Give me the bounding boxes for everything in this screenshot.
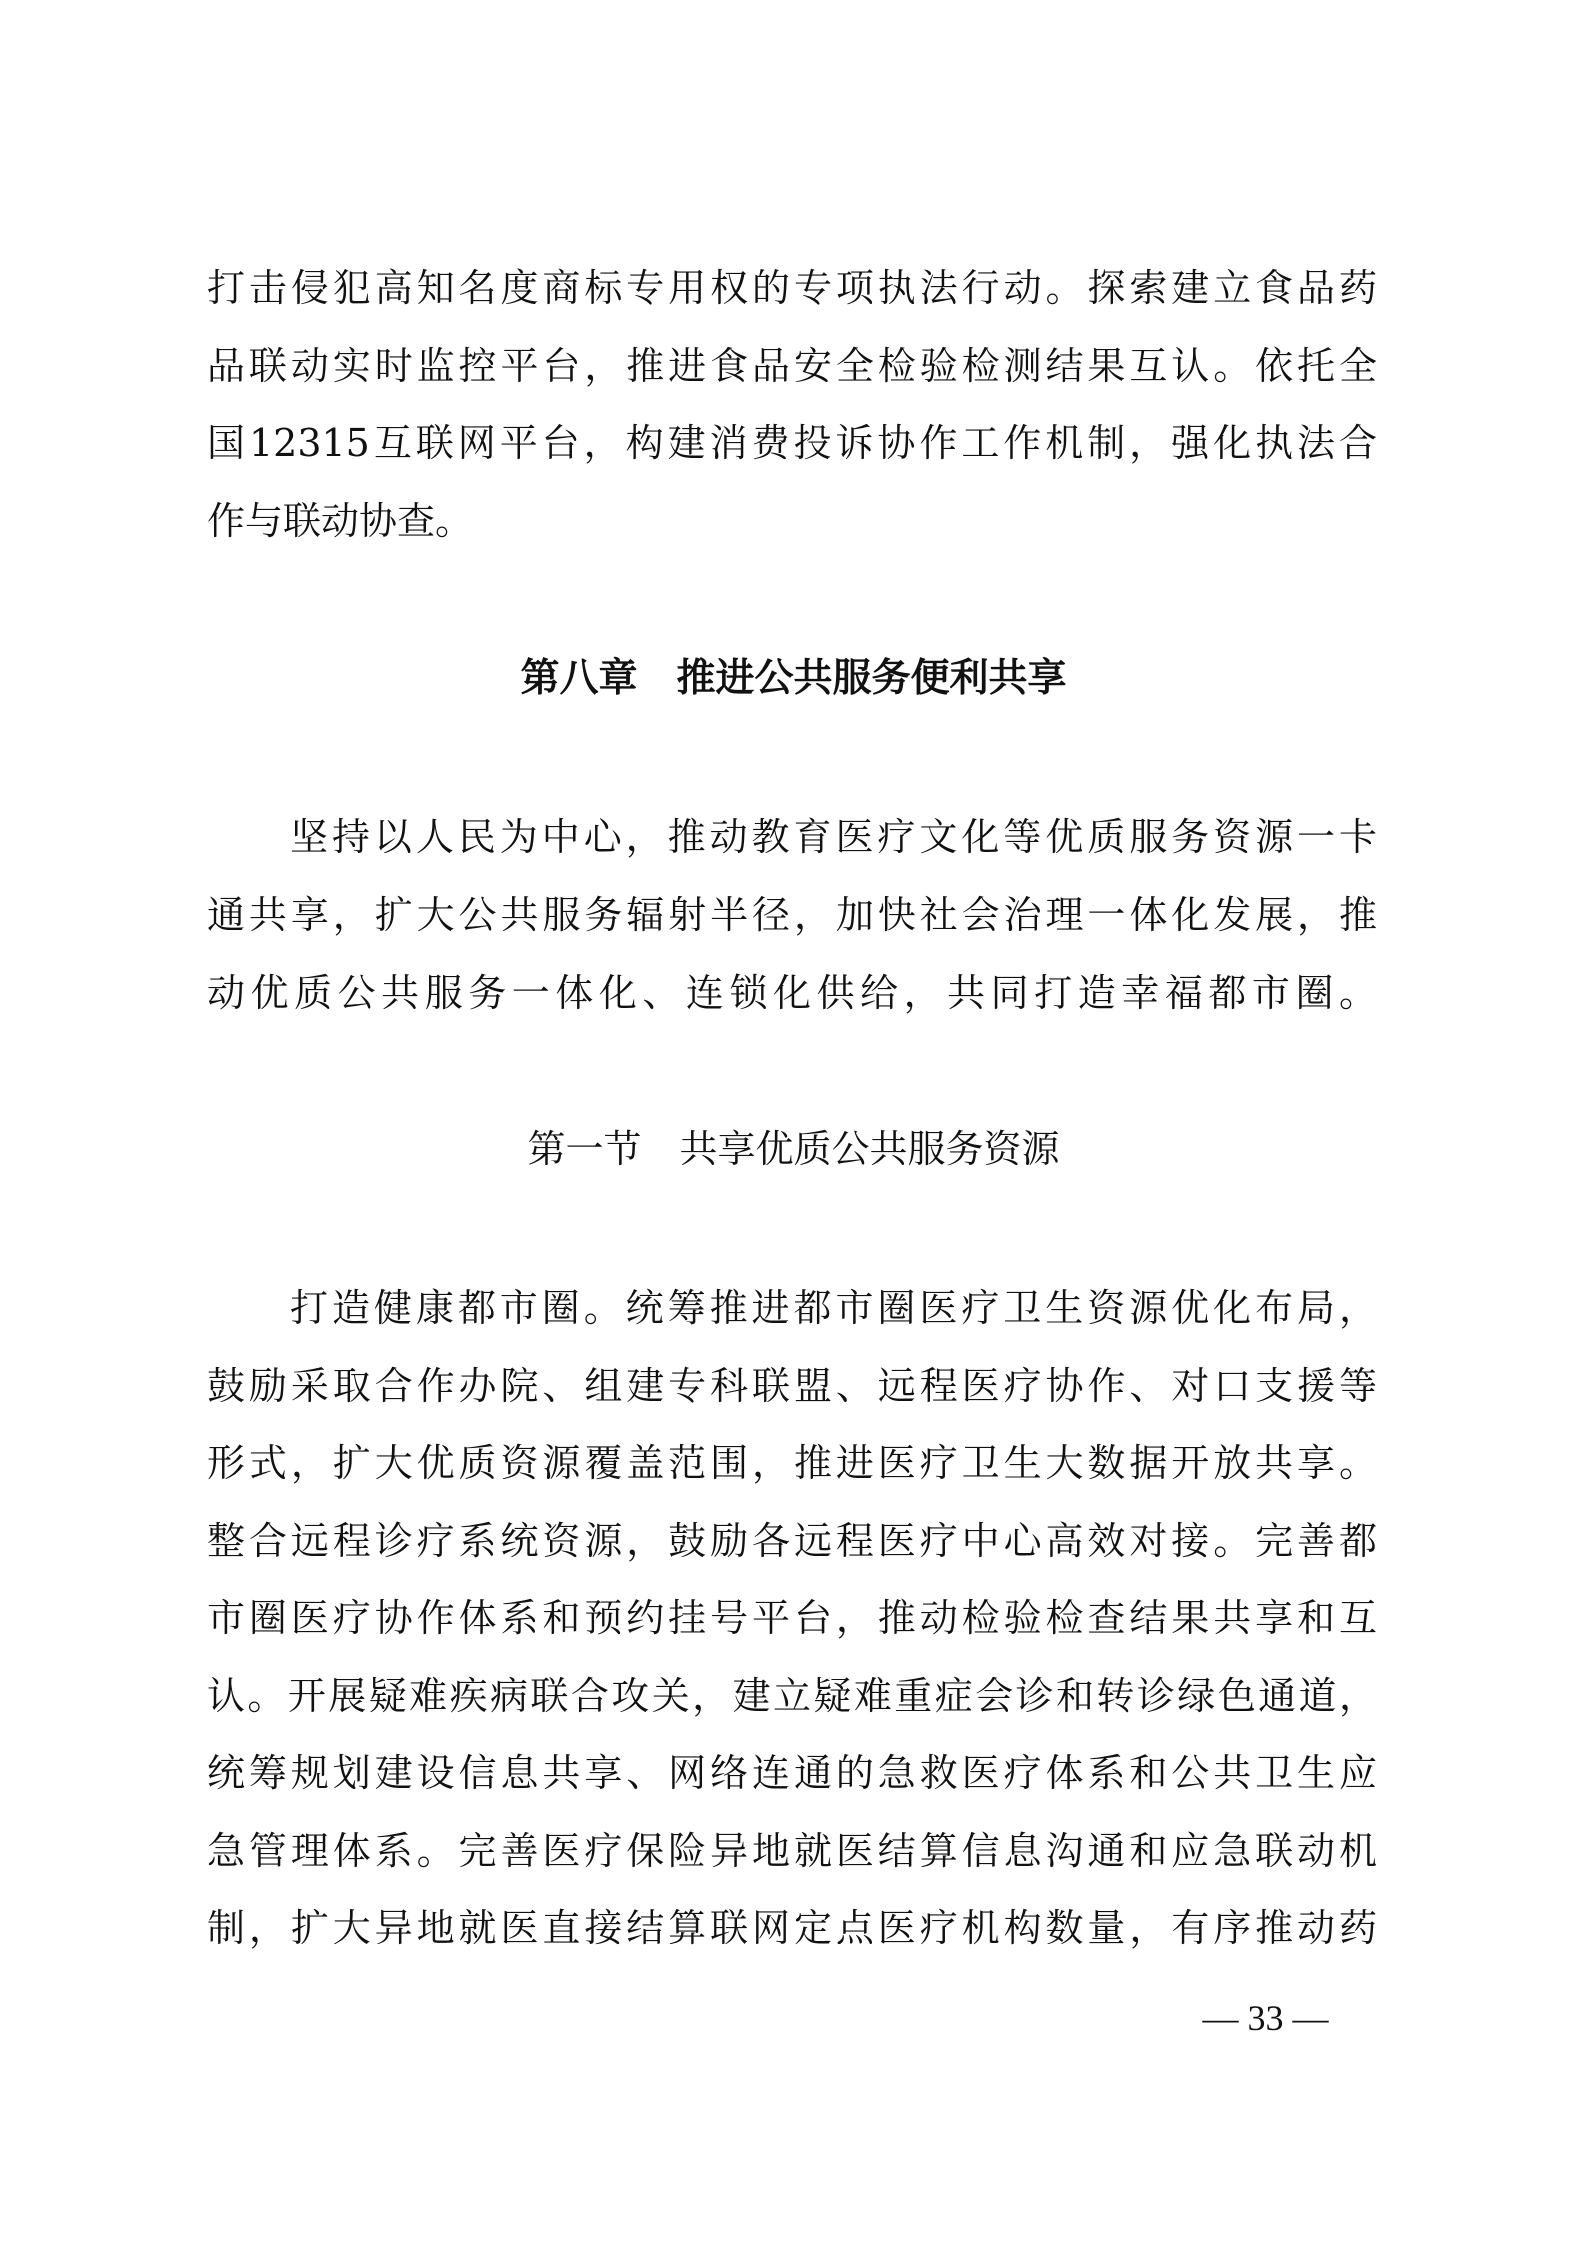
paragraph-line: 认。开展疑难疾病联合攻关，建立疑难重症会诊和转诊绿色通道，	[207, 1674, 1377, 1718]
chapter-heading: 第八章 推进公共服务便利共享	[0, 656, 1587, 702]
section-heading: 第一节 共享优质公共服务资源	[0, 1126, 1587, 1172]
paragraph-line: 制，扩大异地就医直接结算联网定点医疗机构数量，有序推动药	[207, 1906, 1377, 1950]
paragraph-line: 整合远程诊疗系统资源，鼓励各远程医疗中心高效对接。完善都	[207, 1519, 1377, 1563]
document-page: 打击侵犯高知名度商标专用权的专项执法行动。探索建立食品药 品联动实时监控平台，推…	[0, 0, 1587, 2245]
page-number: — 33 —	[1188, 1998, 1343, 2038]
paragraph-line: 作与联动协查。	[207, 499, 1377, 543]
paragraph-line: 鼓励采取合作办院、组建专科联盟、远程医疗协作、对口支援等	[207, 1364, 1377, 1408]
paragraph-line: 通共享，扩大公共服务辐射半径，加快社会治理一体化发展，推	[207, 893, 1377, 937]
paragraph-line: 形式，扩大优质资源覆盖范围，推进医疗卫生大数据开放共享。	[207, 1441, 1377, 1485]
paragraph-line: 国12315互联网平台，构建消费投诉协作工作机制，强化执法合	[207, 421, 1377, 465]
paragraph-line: 打造健康都市圈。统筹推进都市圈医疗卫生资源优化布局，	[290, 1286, 1377, 1330]
paragraph-line: 品联动实时监控平台，推进食品安全检验检测结果互认。依托全	[207, 344, 1377, 388]
paragraph-line: 市圈医疗协作体系和预约挂号平台，推动检验检查结果共享和互	[207, 1596, 1377, 1640]
paragraph-line: 坚持以人民为中心，推动教育医疗文化等优质服务资源一卡	[290, 815, 1377, 859]
paragraph-line: 动优质公共服务一体化、连锁化供给，共同打造幸福都市圈。	[207, 971, 1377, 1015]
paragraph-line: 急管理体系。完善医疗保险异地就医结算信息沟通和应急联动机	[207, 1829, 1377, 1873]
paragraph-line: 统筹规划建设信息共享、网络连通的急救医疗体系和公共卫生应	[207, 1751, 1377, 1795]
paragraph-line: 打击侵犯高知名度商标专用权的专项执法行动。探索建立食品药	[207, 266, 1377, 310]
